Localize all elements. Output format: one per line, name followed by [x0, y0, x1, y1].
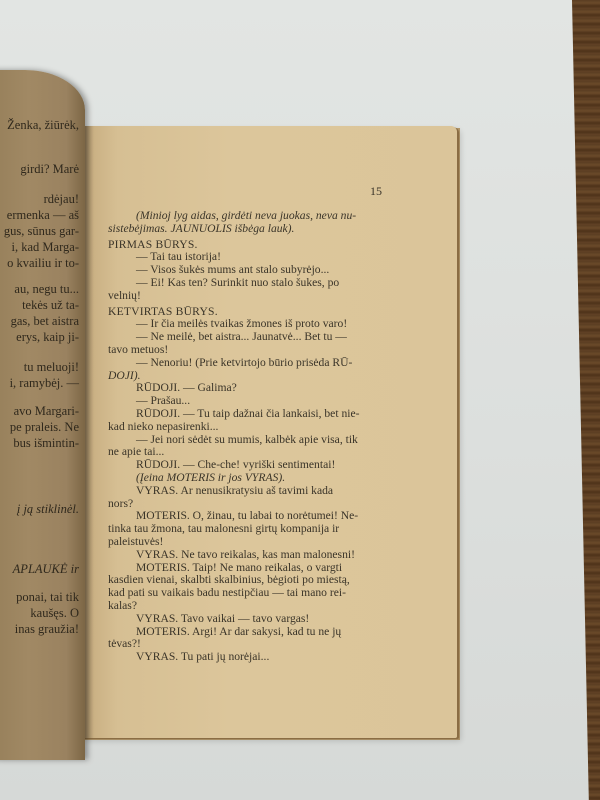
left-page-text-fragment: tekės už ta- [22, 298, 79, 313]
dialogue-line: VYRAS. Ar nenusikratysiu aš tavimi kada [108, 485, 408, 498]
dialogue-line: VYRAS. Tavo vaikai — tavo vargas! [108, 613, 408, 626]
left-page-text-fragment: ponai, tai tik [16, 590, 79, 605]
left-page-text-fragment: ermenka — aš [7, 208, 79, 223]
dialogue-line: RŪDOJI. — Tu taip dažnai čia lankaisi, b… [108, 408, 408, 421]
left-page-text-fragment: gus, sūnus gar- [4, 224, 79, 239]
left-page-text-fragment: tu meluoji! [24, 360, 79, 375]
left-page-text-fragment: pe praleis. Ne [10, 420, 79, 435]
stage-direction-line: sistebėjimas. JAUNUOLIS išbėga lauk). [108, 223, 408, 236]
left-page-text-fragment: girdi? Marė [20, 162, 79, 177]
left-page-text-fragment: kaušęs. O [30, 606, 79, 621]
left-page-curled: Ženka, žiūrėk,girdi? Marėrdėjau!ermenka … [0, 70, 85, 760]
left-page-text-fragment: bus išmintin- [13, 436, 79, 451]
left-page-text-fragment: o kvailiu ir to- [7, 256, 79, 271]
left-page-text-fragment: Ženka, žiūrėk, [7, 118, 79, 133]
left-page-text-fragment: APLAUKĖ ir [13, 562, 79, 577]
page-number: 15 [370, 184, 382, 199]
left-page-text-fragment: rdėjau! [44, 192, 79, 207]
left-page-text-fragment: erys, kaip ji- [16, 330, 79, 345]
dialogue-line: kad pati su vaikais badu nestipčiau — ta… [108, 587, 408, 600]
right-page: 15 (Minioj lyg aidas, girdėti neva juoka… [80, 126, 457, 738]
page-body-text: (Minioj lyg aidas, girdėti neva juokas, … [108, 210, 408, 664]
dialogue-line: kad nieko nepasirenki... [108, 421, 408, 434]
left-page-text-fragment: i, ramybėj. — [10, 376, 79, 391]
left-page-text-fragment: avo Margari- [14, 404, 79, 419]
dialogue-line: tinka tau žmona, tau malonesni girtų kom… [108, 523, 408, 536]
left-page-text-fragment: i, kad Marga- [12, 240, 79, 255]
dialogue-line: — Ei! Kas ten? Surinkit nuo stalo šukes,… [108, 277, 408, 290]
left-page-text-fragment: į ją stiklinėl. [17, 502, 79, 517]
dialogue-line: MOTERIS. Argi! Ar dar sakysi, kad tu ne … [108, 626, 408, 639]
dialogue-line: velnių! [108, 290, 408, 303]
dialogue-line: VYRAS. Tu pati jų norėjai... [108, 651, 408, 664]
dialogue-line: VYRAS. Ne tavo reikalas, kas man malones… [108, 549, 408, 562]
dialogue-line: paleistuvės! [108, 536, 408, 549]
stage-direction-line: (Minioj lyg aidas, girdėti neva juokas, … [108, 210, 408, 223]
dialogue-line: kalas? [108, 600, 408, 613]
dialogue-line: tavo metuos! [108, 344, 408, 357]
left-page-text-fragment: gas, bet aistra [11, 314, 79, 329]
dialogue-line: — Nenoriu! (Prie ketvirtojo būrio prisėd… [108, 357, 408, 370]
stage-direction-line: (Įeina MOTERIS ir jos VYRAS). [108, 472, 408, 485]
left-page-text-fragment: au, negu tu... [14, 282, 79, 297]
left-page-text-fragment: inas graužia! [15, 622, 79, 637]
